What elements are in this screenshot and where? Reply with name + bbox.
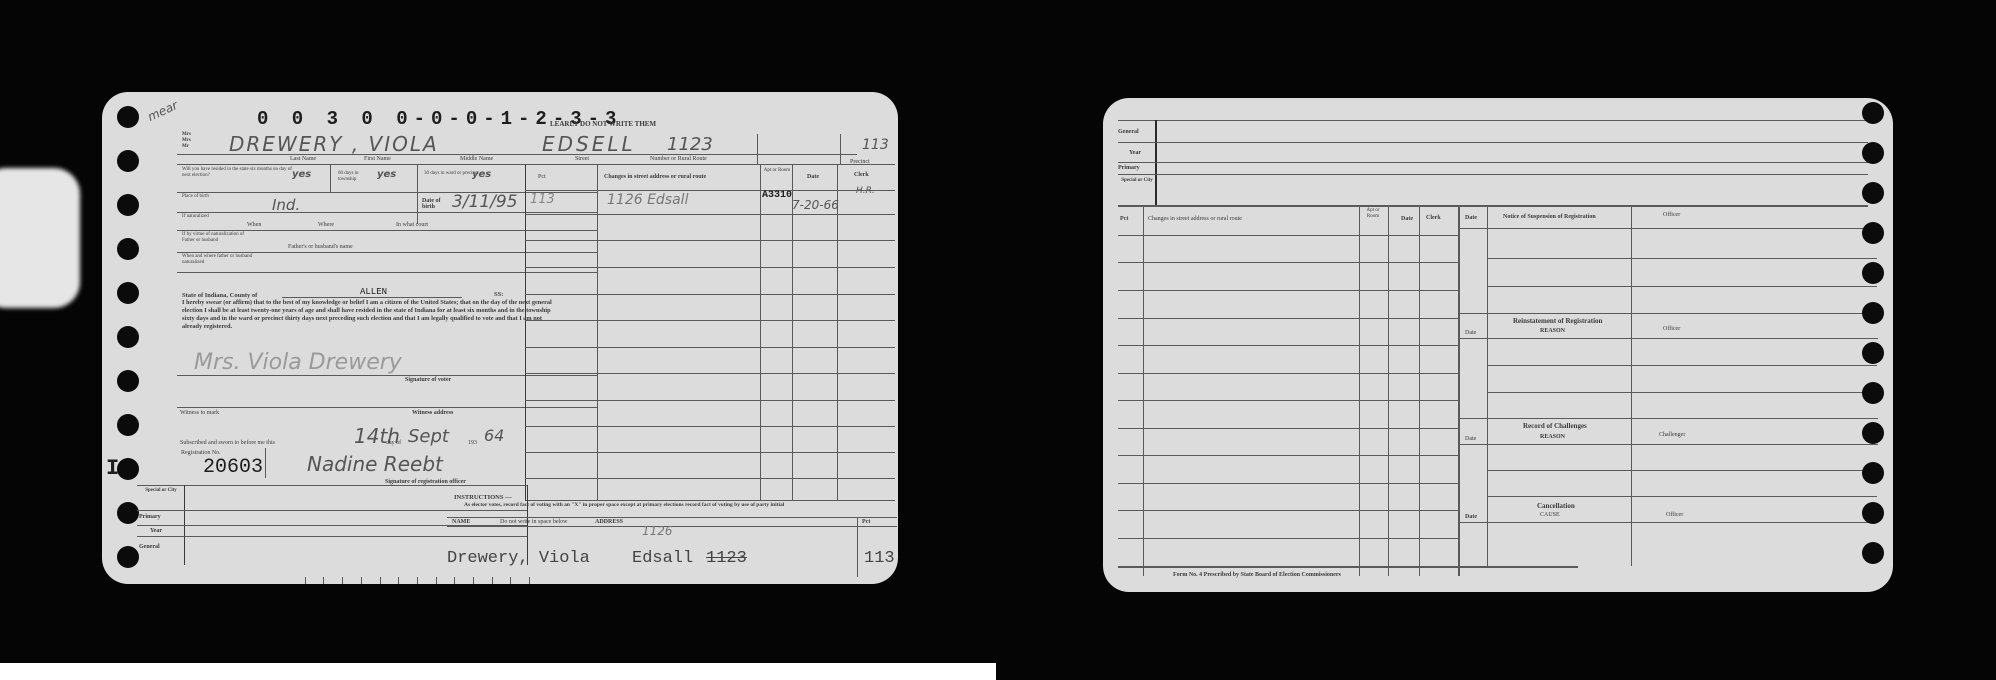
label-witness-mark: Witness to mark	[180, 410, 219, 416]
punch-hole	[117, 194, 139, 216]
strip-label-do-not-write: Do not write in space below	[500, 519, 567, 525]
precinct-days-value: yes	[472, 169, 491, 180]
label-father-name: Father's or husband's name	[288, 244, 353, 250]
label-year-prefix: 193	[468, 440, 477, 446]
county-value: ALLEN	[360, 287, 387, 297]
label-signature-voter: Signature of voter	[405, 377, 451, 383]
strip-pct-value: 113	[864, 549, 895, 568]
township-days-value: yes	[377, 169, 396, 180]
strip-address-value: Edsall	[632, 549, 693, 568]
label-township-days: 60 days in township	[338, 171, 378, 183]
change-row-apt: A3310	[762, 190, 792, 201]
punch-hole	[117, 282, 139, 304]
col-header-pct: Pct	[538, 174, 546, 180]
label-state-county: State of Indiana, County of	[182, 292, 257, 299]
challenges-col-date: Date	[1465, 436, 1476, 442]
change-row-pct: 113	[530, 192, 555, 207]
back-col-pct: Pct	[1120, 216, 1128, 222]
film-edge-blob	[0, 168, 80, 308]
salutation-mr: Mr	[182, 144, 189, 149]
punch-hole	[117, 502, 139, 524]
label-court: In what court	[396, 222, 428, 228]
change-row-date: 7-20-66	[792, 198, 839, 212]
challenges-col-challenger: Challenger	[1659, 432, 1685, 438]
cancellation-col-officer: Officer	[1666, 512, 1683, 518]
col-header-clerk: Clerk	[854, 172, 869, 178]
label-resided-state: Will you have resided in the state six m…	[182, 167, 292, 179]
back-vote-row-special: Special or City	[1119, 178, 1155, 184]
label-where: Where	[318, 222, 334, 228]
film-bottom-band	[0, 663, 996, 680]
label-day-of: day of	[386, 440, 401, 446]
voter-name: DREWERY , VIOLA	[229, 132, 439, 156]
col-header-date: Date	[807, 174, 819, 180]
label-number: Number or Rural Route	[650, 156, 707, 162]
reinstatement-col-officer: Officer	[1663, 326, 1680, 332]
side-mark: I	[106, 456, 119, 481]
date-of-birth-value: 3/11/95	[452, 192, 518, 212]
label-street: Street	[575, 156, 589, 162]
voter-registration-card-back: General Year Primary Special or City 737…	[1103, 98, 1893, 592]
back-vote-row-year: Year	[1129, 150, 1141, 156]
strip-label-name: NAME	[452, 519, 470, 525]
punch-hole	[117, 458, 139, 480]
punch-hole	[117, 238, 139, 260]
label-sworn: Subscribed and sworn to before me this	[180, 440, 275, 446]
salutation-mrs: Mrs	[182, 132, 191, 137]
corner-note: mear	[146, 98, 180, 124]
form-footer: Form No. 4 Prescribed by State Board of …	[1173, 572, 1341, 578]
punch-hole	[117, 106, 139, 128]
oath-text: I hereby swear (or affirm) that to the b…	[182, 299, 552, 331]
suspension-col-date: Date	[1465, 215, 1477, 221]
punch-hole	[117, 150, 139, 172]
back-vote-row-general: General	[1118, 129, 1139, 135]
vote-row-year: Year	[150, 528, 162, 534]
suspension-col-notice: Notice of Suspension of Registration	[1503, 214, 1596, 220]
registration-number: 20603	[203, 456, 263, 479]
instructions-title: INSTRUCTIONS —	[454, 494, 512, 501]
col-header-apt: Apt or Room	[763, 168, 791, 173]
strip-label-address: ADDRESS	[595, 519, 623, 525]
punch-hole	[117, 370, 139, 392]
challenges-title: Record of Challenges	[1523, 422, 1587, 430]
label-when: When	[247, 222, 261, 228]
street-name: EDSELL	[542, 132, 636, 156]
cancellation-col-cause: CAUSE	[1540, 512, 1560, 518]
instructions-text: As elector votes, record fact of voting …	[464, 502, 894, 508]
salutation-miss: Mrs	[182, 138, 191, 143]
back-col-apt: Apt or Room	[1363, 208, 1383, 220]
voter-signature: Mrs. Viola Drewery	[194, 350, 402, 375]
voter-registration-card-front: mear 0 0 3 0 0-0-0-1-2-3-3 LEARLY DO NOT…	[102, 92, 898, 584]
header-instruction: LEARLY DO NOT WRITE THEM	[550, 120, 656, 128]
vote-row-general: General	[139, 544, 160, 550]
label-father-naturalized: When and where father or husband natural…	[182, 254, 272, 266]
sworn-month: Sept	[408, 426, 449, 447]
strip-label-pct: Pct	[862, 519, 870, 525]
vote-row-special: Special or City	[139, 488, 183, 494]
punch-hole	[117, 546, 139, 568]
resided-state-value: yes	[292, 169, 311, 180]
label-middle-name: Middle Name	[460, 156, 493, 162]
label-witness-address: Witness address	[412, 410, 453, 416]
label-first-name: First Name	[364, 156, 391, 162]
challenges-col-reason: REASON	[1540, 434, 1565, 440]
house-number: 1123	[667, 134, 713, 155]
punch-hole	[117, 326, 139, 348]
back-col-changes: Changes in street address or rural route	[1148, 216, 1242, 222]
punch-hole	[117, 414, 139, 436]
cancellation-col-date: Date	[1465, 514, 1477, 520]
officer-signature: Nadine Reebt	[307, 452, 443, 476]
reinstatement-col-date: Date	[1465, 330, 1476, 336]
strip-name-value: Drewery, Viola	[447, 549, 590, 568]
cancellation-title: Cancellation	[1537, 502, 1575, 510]
back-vote-row-primary: Primary	[1118, 165, 1140, 171]
vote-row-primary: Primary	[139, 514, 161, 520]
strip-new-number: 1126	[642, 524, 673, 538]
back-col-date: Date	[1401, 216, 1413, 222]
reinstatement-col-reason: REASON	[1540, 328, 1565, 334]
change-row-address: 1126 Edsall	[607, 192, 688, 208]
label-date-of-birth: Date of birth	[422, 198, 452, 210]
change-row-clerk: H.R.	[856, 186, 875, 196]
precinct-value: 113	[862, 137, 889, 153]
label-ss: SS:	[494, 291, 503, 298]
suspension-col-officer: Officer	[1663, 212, 1680, 218]
reinstatement-title: Reinstatement of Registration	[1513, 317, 1602, 325]
sworn-year: 64	[484, 426, 504, 445]
label-place-of-birth: Place of birth	[182, 194, 222, 200]
strip-old-number: 1123	[706, 549, 747, 568]
label-if-naturalized: If naturalized	[182, 214, 222, 220]
back-col-clerk: Clerk	[1426, 215, 1441, 221]
col-header-changes: Changes in street address or rural route	[604, 174, 706, 180]
label-naturalization-father: If by virtue of naturalization of Father…	[182, 232, 252, 244]
label-last-name: Last Name	[290, 156, 316, 162]
